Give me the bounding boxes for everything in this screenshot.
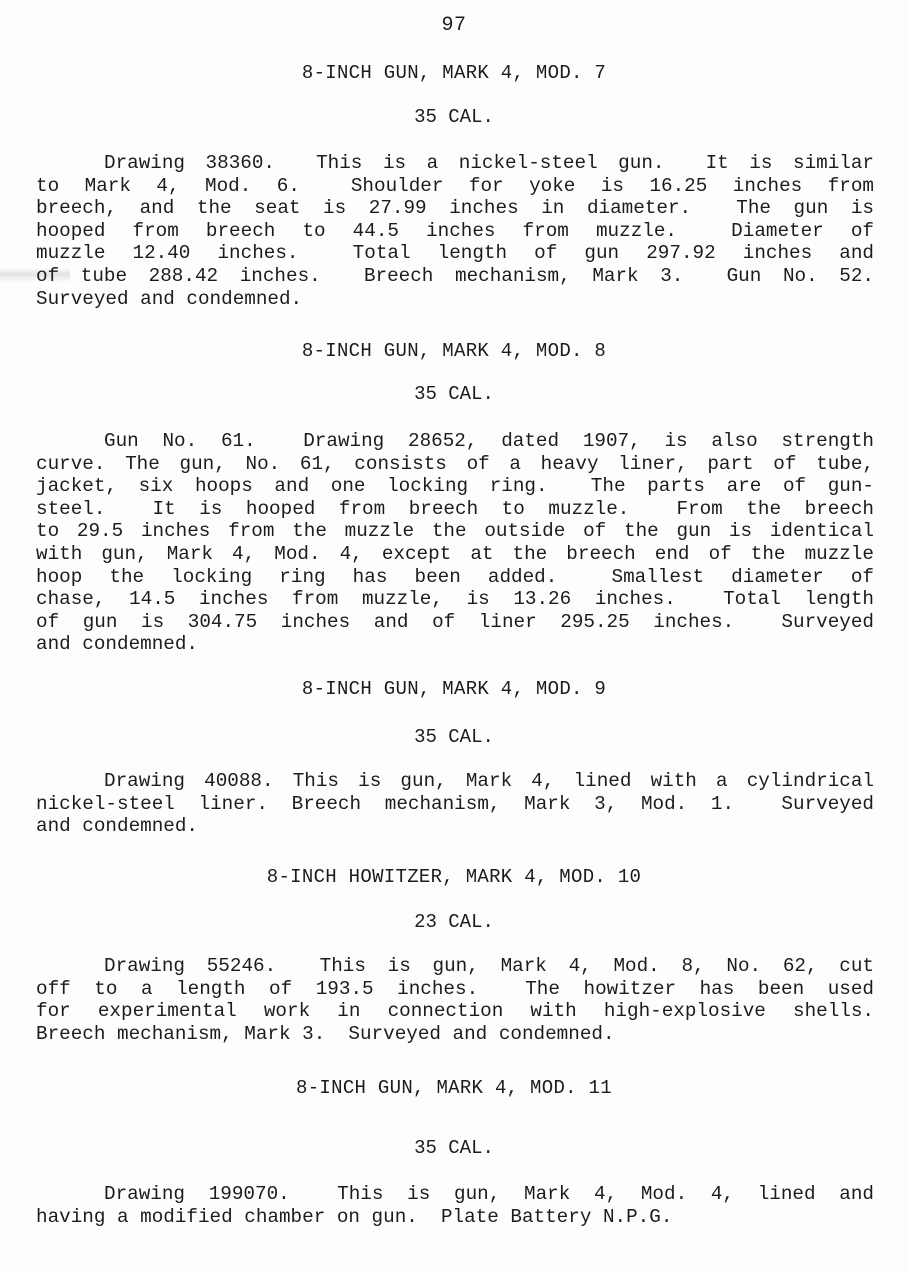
paragraph-line: breech, and the seat is 27.99 inches in … [36, 197, 874, 220]
paragraph-line: chase, 14.5 inches from muzzle, is 13.26… [36, 588, 874, 611]
document-page: 97 8-INCH GUN, MARK 4, MOD. 7 35 CAL. Dr… [0, 0, 908, 1273]
paragraph-line: hooped from breech to 44.5 inches from m… [36, 220, 874, 243]
paragraph-line: Drawing 40088. This is gun, Mark 4, line… [36, 770, 874, 793]
paragraph-line: Gun No. 61. Drawing 28652, dated 1907, i… [36, 430, 874, 453]
paragraph-line: off to a length of 193.5 inches. The how… [36, 978, 874, 1001]
paragraph-line: Drawing 38360. This is a nickel-steel gu… [36, 152, 874, 175]
section-heading: 8-INCH GUN, MARK 4, MOD. 8 [0, 340, 908, 362]
paragraph-line: nickel-steel liner. Breech mechanism, Ma… [36, 793, 874, 816]
paragraph-line: to 29.5 inches from the muzzle the outsi… [36, 520, 874, 543]
section-caliber: 35 CAL. [0, 1137, 908, 1159]
section-caliber: 35 CAL. [0, 106, 908, 128]
paragraph-line: jacket, six hoops and one locking ring. … [36, 475, 874, 498]
paragraph-line: curve. The gun, No. 61, consists of a he… [36, 453, 874, 476]
paragraph-line: of tube 288.42 inches. Breech mechanism,… [36, 265, 874, 288]
section-paragraph: Drawing 55246. This is gun, Mark 4, Mod.… [36, 955, 874, 1045]
paragraph-line: muzzle 12.40 inches. Total length of gun… [36, 242, 874, 265]
paragraph-line: of gun is 304.75 inches and of liner 295… [36, 611, 874, 634]
paragraph-line: Surveyed and condemned. [36, 288, 874, 311]
section-paragraph: Drawing 38360. This is a nickel-steel gu… [36, 152, 874, 310]
section-heading: 8-INCH GUN, MARK 4, MOD. 7 [0, 62, 908, 84]
paragraph-line: for experimental work in connection with… [36, 1000, 874, 1023]
paragraph-line: to Mark 4, Mod. 6. Shoulder for yoke is … [36, 175, 874, 198]
paragraph-line: Breech mechanism, Mark 3. Surveyed and c… [36, 1023, 874, 1046]
section-caliber: 23 CAL. [0, 911, 908, 933]
section-caliber: 35 CAL. [0, 726, 908, 748]
paragraph-line: Drawing 199070. This is gun, Mark 4, Mod… [36, 1183, 874, 1206]
paragraph-line: steel. It is hooped from breech to muzzl… [36, 498, 874, 521]
section-caliber: 35 CAL. [0, 383, 908, 405]
section-paragraph: Gun No. 61. Drawing 28652, dated 1907, i… [36, 430, 874, 656]
section-heading: 8-INCH HOWITZER, MARK 4, MOD. 10 [0, 866, 908, 888]
paragraph-line: and condemned. [36, 633, 874, 656]
paragraph-line: having a modified chamber on gun. Plate … [36, 1206, 874, 1229]
paragraph-line: hoop the locking ring has been added. Sm… [36, 566, 874, 589]
section-heading: 8-INCH GUN, MARK 4, MOD. 11 [0, 1077, 908, 1099]
section-paragraph: Drawing 40088. This is gun, Mark 4, line… [36, 770, 874, 838]
paragraph-line: Drawing 55246. This is gun, Mark 4, Mod.… [36, 955, 874, 978]
page-number: 97 [0, 14, 908, 37]
paragraph-line: with gun, Mark 4, Mod. 4, except at the … [36, 543, 874, 566]
section-heading: 8-INCH GUN, MARK 4, MOD. 9 [0, 678, 908, 700]
paragraph-line: and condemned. [36, 815, 874, 838]
section-paragraph: Drawing 199070. This is gun, Mark 4, Mod… [36, 1183, 874, 1228]
